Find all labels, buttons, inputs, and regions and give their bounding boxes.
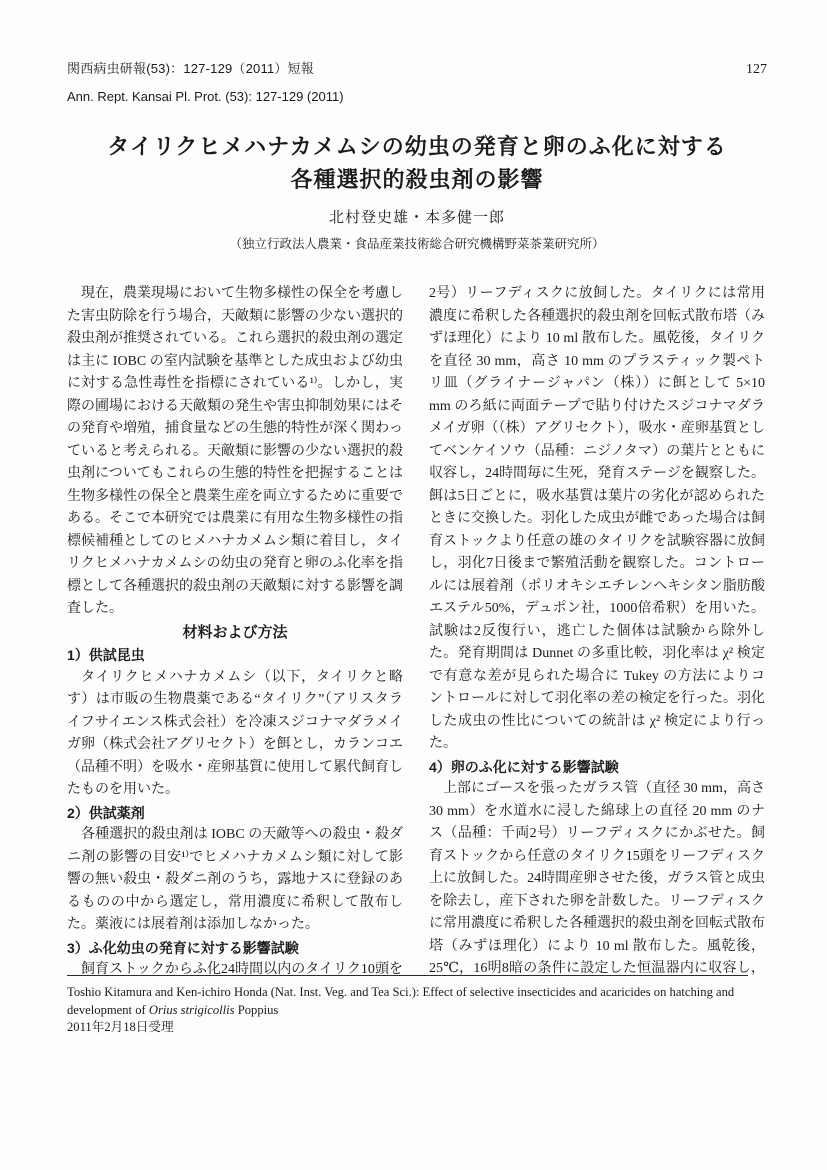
footnote-received-date: 2011年2月18日受理 <box>67 1019 748 1037</box>
footnote: Toshio Kitamura and Ken-ichiro Honda (Na… <box>67 975 748 1037</box>
footnote-citation-suffix: Poppius <box>235 1003 279 1017</box>
authors: 北村登史雄・本多健一郎 <box>67 208 767 229</box>
journal-citation-en: Ann. Rept. Kansai Pl. Prot. (53): 127-12… <box>67 88 767 106</box>
paper-page: 関西病虫研報(53)：127-129（2011）短報 127 Ann. Rept… <box>0 0 827 1170</box>
column-right: 2号）リーフディスクに放飼した。タイリクには常用濃度に希釈した各種選択的殺虫剤を… <box>429 283 765 975</box>
affiliation: （独立行政法人農業・食品産業技術総合研究機構野菜茶業研究所） <box>67 235 767 253</box>
footnote-citation-line1: Toshio Kitamura and Ken-ichiro Honda (Na… <box>67 984 748 1002</box>
column-left: 現在，農業現場において生物多様性の保全を考慮した害虫防除を行う場合，天敵類に影響… <box>67 283 403 975</box>
section-heading-materials-methods: 材料および方法 <box>67 622 403 645</box>
paragraph-test-insects: タイリクヒメハナカメムシ（以下，タイリクと略す）は市販の生物農薬である“タイリク… <box>67 667 403 802</box>
species-name: Orius strigicollis <box>149 1003 235 1017</box>
paragraph-larval-development-test: 飼育ストックからふ化24時間以内のタイリク10頭を水道水に浸した綿球上の直径 2… <box>67 959 403 975</box>
journal-citation-jp: 関西病虫研報(53)：127-129（2011）短報 <box>67 60 314 78</box>
subheading-egg-hatching-test: 4）卵のふ化に対する影響試験 <box>429 756 765 779</box>
intro-paragraph: 現在，農業現場において生物多様性の保全を考慮した害虫防除を行う場合，天敵類に影響… <box>67 283 403 621</box>
subheading-test-insects: 1）供試昆虫 <box>67 644 403 667</box>
running-header: 関西病虫研報(53)：127-129（2011）短報 127 <box>67 60 767 79</box>
footnote-citation-line2: development of Orius strigicollis Poppiu… <box>67 1002 748 1020</box>
subheading-test-agents: 2）供試薬剤 <box>67 802 403 825</box>
paragraph-test-agents: 各種選択的殺虫剤は IOBC の天敵等への殺虫・殺ダニ剤の影響の目安¹⁾でヒメハ… <box>67 824 403 937</box>
two-column-body: 現在，農業現場において生物多様性の保全を考慮した害虫防除を行う場合，天敵類に影響… <box>67 283 767 975</box>
footnote-citation-prefix: development of <box>67 1003 149 1017</box>
paragraph-larval-development-continued: 2号）リーフディスクに放飼した。タイリクには常用濃度に希釈した各種選択的殺虫剤を… <box>429 283 765 756</box>
page-number: 127 <box>746 61 767 79</box>
paper-title-line2: 各種選択的殺虫剤の影響 <box>67 163 767 196</box>
paragraph-egg-hatching-test: 上部にゴースを張ったガラス管（直径 30 mm，高さ 30 mm）を水道水に浸し… <box>429 778 765 975</box>
subheading-larval-development-test: 3）ふ化幼虫の発育に対する影響試験 <box>67 937 403 960</box>
paper-title: タイリクヒメハナカメムシの幼虫の発育と卵のふ化に対する 各種選択的殺虫剤の影響 <box>67 130 767 196</box>
paper-title-line1: タイリクヒメハナカメムシの幼虫の発育と卵のふ化に対する <box>67 130 767 163</box>
